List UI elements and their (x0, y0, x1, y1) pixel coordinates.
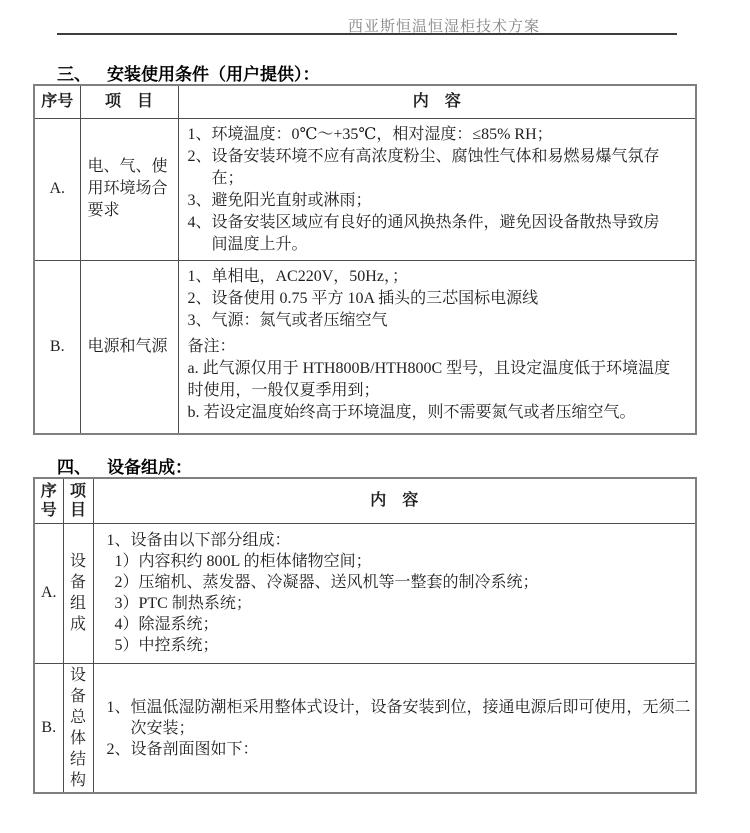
section-4-title: 设备组成： (107, 458, 192, 477)
table-row: B. 电源和气源 1、单相电，AC220V，50Hz，； 2、设备使用 0.75… (34, 260, 696, 434)
table-row: A. 设 备 组 成 1、设备由以下部分组成： 1）内容积约 800L 的柜体储… (34, 523, 696, 663)
content-line: 2、设备安装环境不应有高浓度粉尘、腐蚀性气体和易燃易爆气氛存在； (188, 146, 674, 190)
column-header-item: 项 目 (63, 478, 93, 523)
section-3-number: 三、 (57, 60, 91, 85)
equipment-composition-table: 序 号 项 目 内 容 A. 设 备 组 成 1、设备由以下部分组成： 1）内容… (33, 477, 697, 794)
content-line: 2、设备使用 0.75 平方 10A 插头的三芯国标电源线 (188, 288, 674, 310)
item-cell: 电源和气源 (80, 260, 178, 434)
content-line: 5）中控系统； (115, 635, 692, 656)
content-line: 备注： (188, 336, 674, 358)
content-line: 1、单相电，AC220V，50Hz，； (188, 266, 674, 288)
content-line: 1、恒温低湿防潮柜采用整体式设计，设备安装到位，接通电源后即可使用，无须二次安装… (107, 697, 692, 739)
section-4-heading: 四、设备组成： (57, 453, 192, 478)
column-header-seq: 序号 (34, 85, 80, 118)
content-line: a. 此气源仅用于 HTH800B/HTH800C 型号，且设定温度低于环境温度… (188, 358, 674, 402)
content-line: 3）PTC 制热系统； (115, 593, 692, 614)
table-row: B. 设 备 总 体 结 构 1、恒温低湿防潮柜采用整体式设计，设备安装到位，接… (34, 663, 696, 793)
item-cell: 电、气、使用环境场合要求 (80, 118, 178, 260)
seq-cell: B. (34, 663, 63, 793)
document-page: 西亚斯恒温恒湿柜技术方案 三、安装使用条件（用户提供）： 序号 项 目 内 容 … (0, 0, 750, 833)
item-cell: 设 备 组 成 (63, 523, 93, 663)
column-header-content: 内 容 (178, 85, 696, 118)
content-cell: 1、单相电，AC220V，50Hz，； 2、设备使用 0.75 平方 10A 插… (178, 260, 696, 434)
header-rule (57, 33, 677, 35)
content-cell: 1、恒温低湿防潮柜采用整体式设计，设备安装到位，接通电源后即可使用，无须二次安装… (93, 663, 696, 793)
section-4-number: 四、 (57, 453, 91, 478)
install-conditions-table: 序号 项 目 内 容 A. 电、气、使用环境场合要求 1、环境温度：0℃～+35… (33, 84, 697, 435)
column-header-item: 项 目 (80, 85, 178, 118)
content-line: b. 若设定温度始终高于环境温度，则不需要氮气或者压缩空气。 (188, 402, 674, 424)
content-line: 4）除湿系统； (115, 614, 692, 635)
content-line: 2、设备剖面图如下： (107, 739, 692, 760)
seq-cell: A. (34, 523, 63, 663)
content-line: 4、设备安装区域应有良好的通风换热条件，避免因设备散热导致房间温度上升。 (188, 212, 674, 256)
content-line: 3、气源：氮气或者压缩空气 (188, 310, 674, 332)
section-3-heading: 三、安装使用条件（用户提供）： (57, 60, 320, 85)
content-line: 1）内容积约 800L 的柜体储物空间； (115, 551, 692, 572)
table-header-row: 序号 项 目 内 容 (34, 85, 696, 118)
item-cell: 设 备 总 体 结 构 (63, 663, 93, 793)
content-cell: 1、设备由以下部分组成： 1）内容积约 800L 的柜体储物空间； 2）压缩机、… (93, 523, 696, 663)
content-line: 1、设备由以下部分组成： (107, 530, 692, 551)
content-cell: 1、环境温度：0℃～+35℃，相对湿度：≤85% RH； 2、设备安装环境不应有… (178, 118, 696, 260)
seq-cell: A. (34, 118, 80, 260)
table-header-row: 序 号 项 目 内 容 (34, 478, 696, 523)
content-line: 2）压缩机、蒸发器、冷凝器、送风机等一整套的制冷系统； (115, 572, 692, 593)
column-header-content: 内 容 (93, 478, 696, 523)
seq-cell: B. (34, 260, 80, 434)
column-header-seq: 序 号 (34, 478, 63, 523)
content-line: 3、避免阳光直射或淋雨； (188, 190, 674, 212)
section-3-title: 安装使用条件（用户提供）： (107, 65, 320, 84)
content-line: 1、环境温度：0℃～+35℃，相对湿度：≤85% RH； (188, 124, 674, 146)
table-row: A. 电、气、使用环境场合要求 1、环境温度：0℃～+35℃，相对湿度：≤85%… (34, 118, 696, 260)
